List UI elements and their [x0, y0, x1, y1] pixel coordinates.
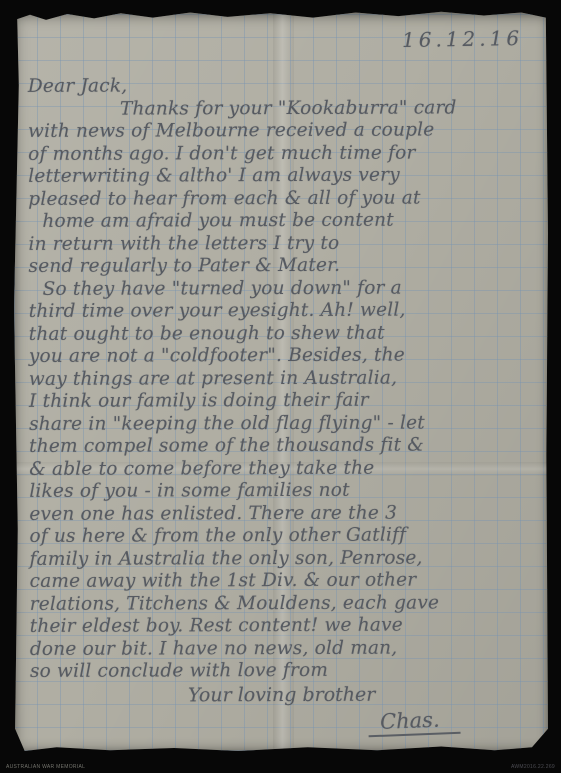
letter-line: pleased to hear from each & all of you a…: [28, 187, 541, 211]
letter-line: relations, Titchens & Mouldens, each gav…: [30, 592, 543, 616]
letter-line: done our bit. I have no news, old man,: [30, 637, 543, 661]
letter-line: I think our family is doing their fair: [29, 389, 542, 413]
letter-line: So they have "turned you down" for a: [29, 277, 542, 301]
letter-line: you are not a "coldfooter". Besides, the: [29, 344, 542, 368]
letter-line: share in "keeping the old flag flying" -…: [29, 412, 542, 436]
awm-watermark: AUSTRALIAN WAR MEMORIAL: [6, 764, 85, 770]
letter-line: that ought to be enough to shew that: [29, 322, 542, 346]
letter-line: them compel some of the thousands fit &: [29, 434, 542, 458]
letter-line: even one has enlisted. There are the 3: [29, 502, 542, 526]
letter-line: Thanks for your "Kookaburra" card: [28, 97, 541, 121]
letter-line: so will conclude with love from: [30, 659, 543, 683]
letter-line: home am afraid you must be content: [28, 209, 541, 233]
letter-line: way things are at present in Australia,: [29, 367, 542, 391]
letter-page: 16.12.16 Dear Jack,Thanks for your "Kook…: [14, 11, 548, 751]
letter-date: 16.12.16: [402, 26, 523, 52]
letter-line: & able to come before they take the: [29, 457, 542, 481]
scan-background: 16.12.16 Dear Jack,Thanks for your "Kook…: [0, 0, 561, 773]
letter-line: third time over your eyesight. Ah! well,: [29, 299, 542, 323]
letter-line: of months ago. I don't get much time for: [28, 142, 541, 166]
letter-line: their eldest boy. Rest content! we have: [30, 614, 543, 638]
letter-body: Dear Jack,Thanks for your "Kookaburra" c…: [28, 74, 543, 736]
letter-line: in return with the letters I try to: [28, 232, 541, 256]
letter-line: likes of you - in some families not: [29, 479, 542, 503]
letter-line: letterwriting & altho' I am always very: [28, 164, 541, 188]
letter-line: with news of Melbourne received a couple: [28, 119, 541, 143]
letter-line: Dear Jack,: [28, 74, 541, 98]
letter-signature: Chas.: [368, 706, 461, 736]
letter-line: of us here & from the only other Gatliff: [29, 524, 542, 548]
letter-line: came away with the 1st Div. & our other: [30, 569, 543, 593]
letter-line: send regularly to Pater & Mater.: [28, 254, 541, 278]
letter-closing: Your loving brother: [30, 683, 543, 708]
awm-id-label: AWM2016.22.269: [511, 764, 555, 770]
letter-line: family in Australia the only son, Penros…: [29, 547, 542, 571]
